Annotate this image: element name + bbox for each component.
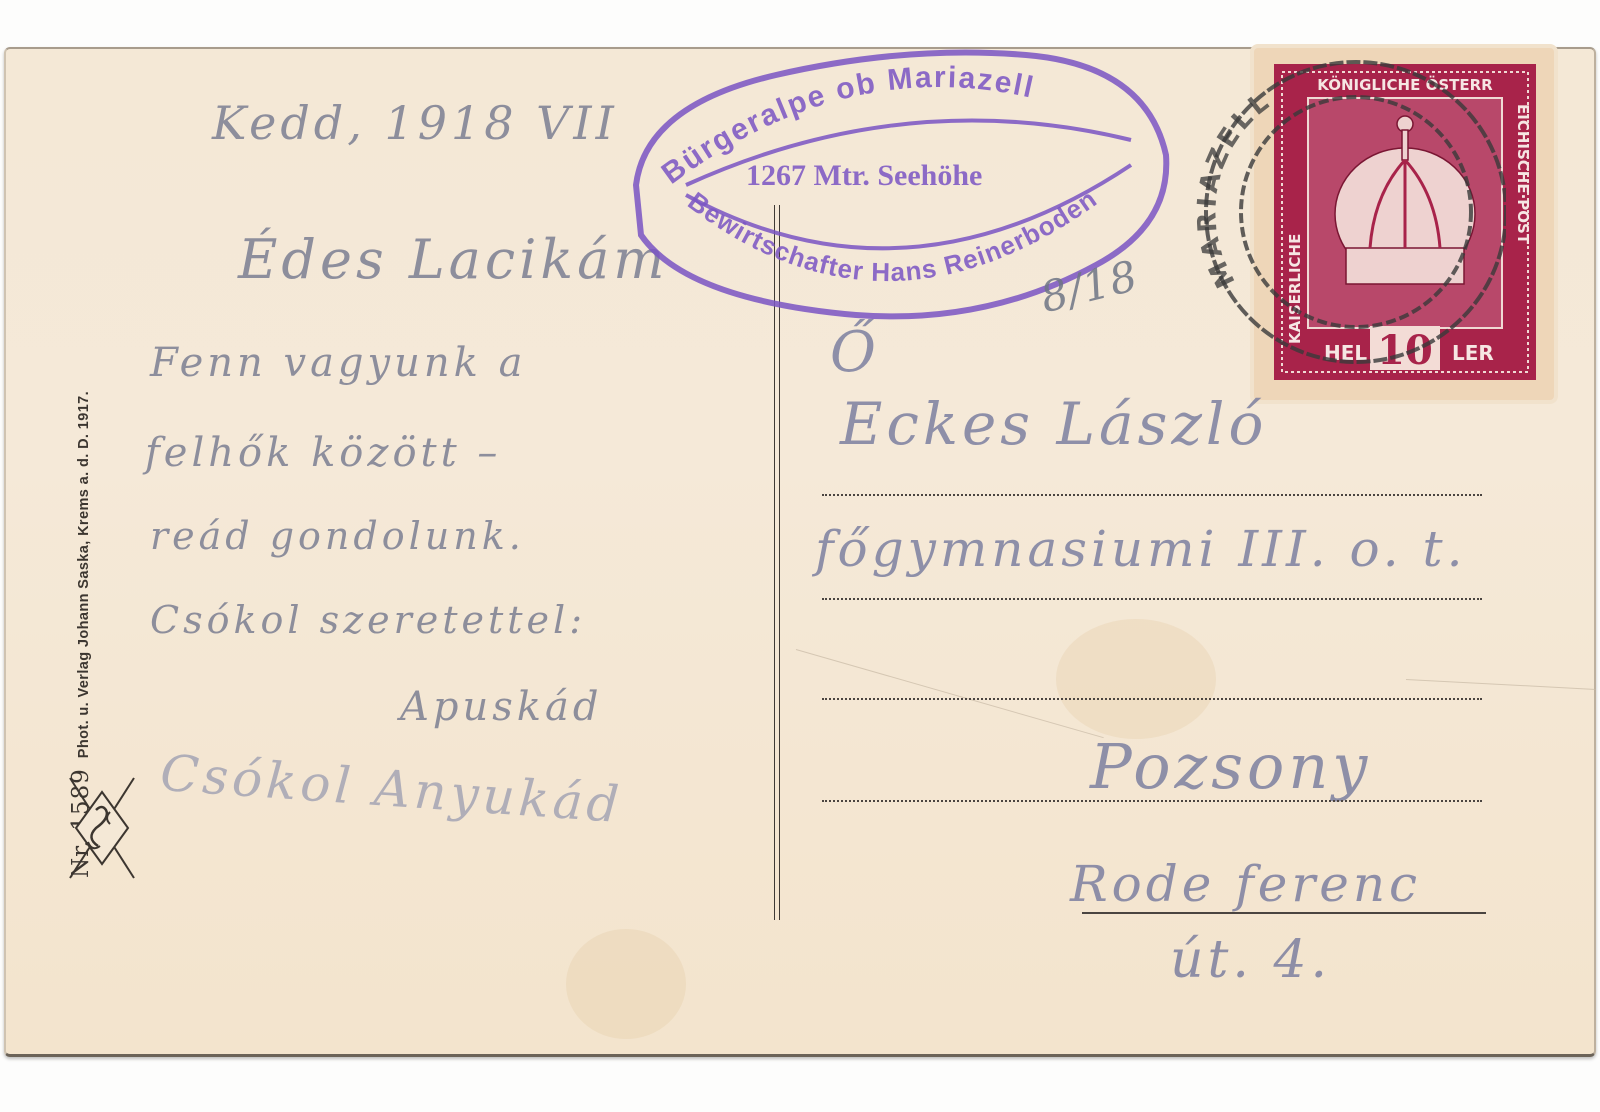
message-line-1: Fenn vagyunk a bbox=[150, 340, 526, 386]
stamp-denomination: 10 bbox=[1377, 327, 1433, 374]
address-line-2 bbox=[822, 598, 1482, 600]
address-underline bbox=[1082, 912, 1486, 914]
svg-text:HEL: HEL bbox=[1324, 341, 1367, 365]
svg-text:KÖNIGLICHE ÖSTERR: KÖNIGLICHE ÖSTERR bbox=[1317, 75, 1493, 94]
paper-crease bbox=[1406, 679, 1596, 690]
crown-stamp-icon: KÖNIGLICHE ÖSTERR KAISERLICHE EICHISCHE·… bbox=[1274, 64, 1536, 380]
signature-father: Apuskád bbox=[400, 684, 602, 730]
address-line-4 bbox=[822, 800, 1482, 802]
publisher-text: Phot. u. Verlag Johann Saska, Krems a. d… bbox=[76, 391, 92, 758]
svg-text:Bewirtschafter Hans Reinerbode: Bewirtschafter Hans Reinerboden bbox=[683, 183, 1103, 287]
address-line-3 bbox=[822, 698, 1482, 700]
postage-stamp: KÖNIGLICHE ÖSTERR KAISERLICHE EICHISCHE·… bbox=[1254, 48, 1554, 400]
address-city: Pozsony bbox=[1090, 730, 1371, 803]
message-line-2: felhők között – bbox=[145, 430, 501, 476]
address-house: út. 4. bbox=[1170, 930, 1331, 990]
message-line-4: Csókol szeretettel: bbox=[150, 598, 586, 642]
message-greeting: Édes Lacikám bbox=[238, 228, 669, 291]
cachet-bottom-text: Bewirtschafter Hans Reinerboden bbox=[683, 183, 1103, 287]
address-name: Eckes László bbox=[840, 390, 1267, 458]
cachet-middle-text: 1267 Mtr. Seehöhe bbox=[746, 159, 982, 192]
svg-text:EICHISCHE·POST: EICHISCHE·POST bbox=[1514, 104, 1532, 245]
address-line-1 bbox=[822, 494, 1482, 496]
address-salutation-mark: Ő bbox=[830, 320, 880, 385]
svg-text:KAISERLICHE: KAISERLICHE bbox=[1286, 234, 1304, 344]
message-date: Kedd, 1918 VII bbox=[212, 96, 618, 150]
paper-stain bbox=[1056, 619, 1216, 739]
paper-stain bbox=[566, 929, 686, 1039]
jsk-logo-icon bbox=[66, 772, 138, 884]
address-street: Rode ferenc bbox=[1070, 855, 1421, 913]
address-line2: főgymnasiumi III. o. t. bbox=[815, 520, 1466, 578]
message-line-3: reád gondolunk. bbox=[150, 514, 525, 558]
svg-text:LER: LER bbox=[1452, 341, 1494, 365]
